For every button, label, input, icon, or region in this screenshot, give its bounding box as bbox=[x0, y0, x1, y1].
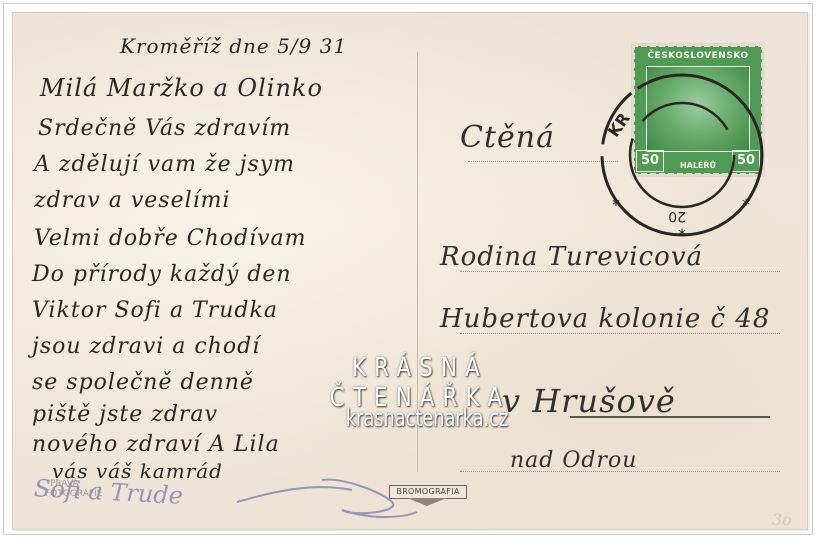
message-line: Velmi dobře Chodívam bbox=[34, 226, 307, 251]
address-rule bbox=[468, 161, 618, 162]
message-line: se společně denně bbox=[32, 370, 254, 395]
message-line: jsou zdravi a chodí bbox=[32, 334, 260, 359]
svg-text:*: * bbox=[742, 195, 750, 214]
watermark-url: krasnactenarka.cz bbox=[342, 404, 512, 432]
svg-text:20: 20 bbox=[668, 208, 686, 224]
message-line: zdrav a veselími bbox=[34, 188, 231, 213]
address-town-underline bbox=[570, 416, 770, 418]
message-line: Do přírody každý den bbox=[32, 262, 292, 287]
message-line: Viktor Sofi a Trudka bbox=[32, 298, 278, 323]
svg-text:KR: KR bbox=[604, 109, 634, 140]
message-line: A zdělují vam že jsym bbox=[34, 152, 295, 177]
address-rule bbox=[460, 271, 780, 272]
address-line-name: Rodina Turevicová bbox=[440, 242, 703, 272]
address-line-region: nad Odrou bbox=[510, 448, 637, 473]
address-salutation: Ctěná bbox=[460, 120, 555, 155]
address-rule bbox=[460, 333, 780, 334]
svg-text:*: * bbox=[678, 225, 686, 240]
message-line: Srdečně Vás zdravím bbox=[38, 116, 291, 141]
message-line: nového zdraví A Lila bbox=[32, 432, 280, 457]
message-line: piště jste zdrav bbox=[32, 402, 218, 427]
address-rule bbox=[460, 471, 780, 472]
signature-scribble-icon bbox=[232, 472, 432, 530]
address-line-street: Hubertova kolonie č 48 bbox=[440, 304, 770, 334]
pencil-note: 3o bbox=[772, 510, 792, 529]
svg-text:*: * bbox=[612, 195, 620, 214]
stamp-portrait-icon bbox=[646, 66, 750, 152]
stamp-unit: HALÉŘŮ bbox=[666, 161, 730, 170]
postcard-back: Kroměříž dne 5/9 31 Milá Maržko a Olinko… bbox=[12, 12, 808, 530]
stamp-value-right: 50 bbox=[732, 150, 760, 172]
postage-stamp: ČESKOSLOVENSKO 50 HALÉŘŮ 50 bbox=[634, 46, 762, 174]
stamp-country: ČESKOSLOVENSKO bbox=[634, 51, 762, 61]
message-line: Milá Maržko a Olinko bbox=[40, 74, 323, 102]
stamp-value-left: 50 bbox=[636, 150, 664, 172]
message-line-date: Kroměříž dne 5/9 31 bbox=[120, 34, 347, 58]
